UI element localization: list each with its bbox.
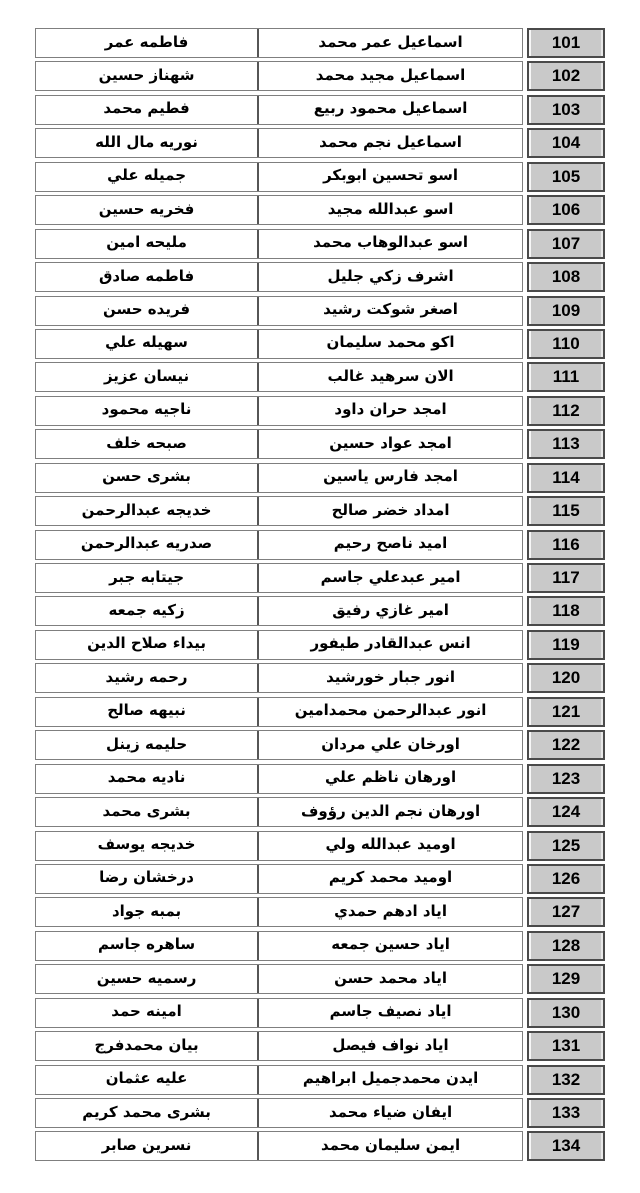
table-row: نبيهه صالح انور عبدالرحمن محمدامين 121 <box>35 697 605 727</box>
table-row: ناديه محمد اورهان ناظم علي 123 <box>35 764 605 794</box>
row-number-cell: 131 <box>527 1031 605 1061</box>
table-row: مليحه امين اسو عبدالوهاب محمد 107 <box>35 229 605 259</box>
row-number-cell: 132 <box>527 1065 605 1095</box>
full-name-cell: امجد عواد حسين <box>257 430 522 458</box>
full-name-cell: اسماعيل عمر محمد <box>257 29 522 57</box>
name-box: بيداء صلاح الدين انس عبدالقادر طيفور <box>35 630 523 660</box>
table-row: فخريه حسين اسو عبدالله مجيد 106 <box>35 195 605 225</box>
full-name-cell: اياد محمد حسن <box>257 965 522 993</box>
row-number-cell: 126 <box>527 864 605 894</box>
secondary-name-cell: نوريه مال الله <box>36 129 257 157</box>
full-name-cell: اورهان نجم الدين رؤوف <box>257 798 522 826</box>
secondary-name-cell: جميله علي <box>36 163 257 191</box>
table-row: سهيله علي اكو محمد سليمان 110 <box>35 329 605 359</box>
name-box: صدريه عبدالرحمن اميد ناصح رحيم <box>35 530 523 560</box>
row-number-cell: 101 <box>527 28 605 58</box>
row-number-cell: 112 <box>527 396 605 426</box>
full-name-cell: ايفان ضياء محمد <box>257 1099 522 1127</box>
name-box: رسميه حسين اياد محمد حسن <box>35 964 523 994</box>
row-number-cell: 102 <box>527 61 605 91</box>
secondary-name-cell: بشرى محمد <box>36 798 257 826</box>
full-name-cell: اسو عبدالله مجيد <box>257 196 522 224</box>
table-row: فاطمه عمر اسماعيل عمر محمد 101 <box>35 28 605 58</box>
table-row: رحمه رشيد انور جبار خورشيد 120 <box>35 663 605 693</box>
name-box: نبيهه صالح انور عبدالرحمن محمدامين <box>35 697 523 727</box>
document-page: فاطمه عمر اسماعيل عمر محمد 101 شهناز حسي… <box>0 0 640 1193</box>
names-table: فاطمه عمر اسماعيل عمر محمد 101 شهناز حسي… <box>35 28 605 1165</box>
full-name-cell: اسو تحسين ابوبكر <box>257 163 522 191</box>
secondary-name-cell: جيتابه جبر <box>36 564 257 592</box>
secondary-name-cell: فطيم محمد <box>36 96 257 124</box>
name-box: حليمه زينل اورخان علي مردان <box>35 730 523 760</box>
row-number-cell: 128 <box>527 931 605 961</box>
row-number-cell: 115 <box>527 496 605 526</box>
name-box: فخريه حسين اسو عبدالله مجيد <box>35 195 523 225</box>
full-name-cell: اوميد محمد كريم <box>257 865 522 893</box>
row-number-cell: 117 <box>527 563 605 593</box>
secondary-name-cell: بيان محمدفرج <box>36 1032 257 1060</box>
row-number-cell: 111 <box>527 362 605 392</box>
name-box: خديجه عبدالرحمن امداد خضر صالح <box>35 496 523 526</box>
secondary-name-cell: حليمه زينل <box>36 731 257 759</box>
full-name-cell: الان سرهيد غالب <box>257 363 522 391</box>
row-number-cell: 114 <box>527 463 605 493</box>
secondary-name-cell: فريده حسن <box>36 297 257 325</box>
row-number-cell: 119 <box>527 630 605 660</box>
full-name-cell: اورخان علي مردان <box>257 731 522 759</box>
full-name-cell: ايدن محمدجميل ابراهيم <box>257 1066 522 1094</box>
name-box: بيان محمدفرج اياد نواف فيصل <box>35 1031 523 1061</box>
name-box: بشرى محمد اورهان نجم الدين رؤوف <box>35 797 523 827</box>
row-number-cell: 105 <box>527 162 605 192</box>
row-number-cell: 106 <box>527 195 605 225</box>
row-number-cell: 129 <box>527 964 605 994</box>
name-box: ناديه محمد اورهان ناظم علي <box>35 764 523 794</box>
table-row: درخشان رضا اوميد محمد كريم 126 <box>35 864 605 894</box>
secondary-name-cell: بشرى محمد كريم <box>36 1099 257 1127</box>
row-number-cell: 113 <box>527 429 605 459</box>
full-name-cell: ايمن سليمان محمد <box>257 1132 522 1160</box>
name-box: نيسان عزيز الان سرهيد غالب <box>35 362 523 392</box>
full-name-cell: امير غازي رفيق <box>257 597 522 625</box>
name-box: ساهره جاسم اياد حسين جمعه <box>35 931 523 961</box>
name-box: سهيله علي اكو محمد سليمان <box>35 329 523 359</box>
secondary-name-cell: ناجيه محمود <box>36 397 257 425</box>
full-name-cell: اياد نصيف جاسم <box>257 999 522 1027</box>
full-name-cell: امداد خضر صالح <box>257 497 522 525</box>
secondary-name-cell: سهيله علي <box>36 330 257 358</box>
name-box: خديجه يوسف اوميد عبدالله ولي <box>35 831 523 861</box>
full-name-cell: اسماعيل مجيد محمد <box>257 62 522 90</box>
secondary-name-cell: نبيهه صالح <box>36 698 257 726</box>
table-row: ناجيه محمود امجد حران داود 112 <box>35 396 605 426</box>
table-row: صدريه عبدالرحمن اميد ناصح رحيم 116 <box>35 530 605 560</box>
row-number-cell: 124 <box>527 797 605 827</box>
row-number-cell: 133 <box>527 1098 605 1128</box>
secondary-name-cell: فخريه حسين <box>36 196 257 224</box>
full-name-cell: اكو محمد سليمان <box>257 330 522 358</box>
row-number-cell: 107 <box>527 229 605 259</box>
name-box: درخشان رضا اوميد محمد كريم <box>35 864 523 894</box>
row-number-cell: 123 <box>527 764 605 794</box>
name-box: رحمه رشيد انور جبار خورشيد <box>35 663 523 693</box>
table-row: فاطمه صادق اشرف زكي جليل 108 <box>35 262 605 292</box>
name-box: ناجيه محمود امجد حران داود <box>35 396 523 426</box>
secondary-name-cell: عليه عثمان <box>36 1066 257 1094</box>
row-number-cell: 109 <box>527 296 605 326</box>
secondary-name-cell: ساهره جاسم <box>36 932 257 960</box>
name-box: جيتابه جبر امير عبدعلي جاسم <box>35 563 523 593</box>
secondary-name-cell: رسميه حسين <box>36 965 257 993</box>
table-row: بيداء صلاح الدين انس عبدالقادر طيفور 119 <box>35 630 605 660</box>
name-box: فطيم محمد اسماعيل محمود ربيع <box>35 95 523 125</box>
table-row: فطيم محمد اسماعيل محمود ربيع 103 <box>35 95 605 125</box>
secondary-name-cell: نيسان عزيز <box>36 363 257 391</box>
secondary-name-cell: خديجه عبدالرحمن <box>36 497 257 525</box>
row-number-cell: 104 <box>527 128 605 158</box>
row-number-cell: 110 <box>527 329 605 359</box>
name-box: بشرى حسن امجد فارس ياسين <box>35 463 523 493</box>
row-number-cell: 120 <box>527 663 605 693</box>
full-name-cell: اصغر شوكت رشيد <box>257 297 522 325</box>
name-box: فاطمه صادق اشرف زكي جليل <box>35 262 523 292</box>
secondary-name-cell: فاطمه صادق <box>36 263 257 291</box>
name-box: نسرين صابر ايمن سليمان محمد <box>35 1131 523 1161</box>
full-name-cell: اسماعيل محمود ربيع <box>257 96 522 124</box>
name-box: عليه عثمان ايدن محمدجميل ابراهيم <box>35 1065 523 1095</box>
table-row: بشرى حسن امجد فارس ياسين 114 <box>35 463 605 493</box>
name-box: فاطمه عمر اسماعيل عمر محمد <box>35 28 523 58</box>
row-number-cell: 116 <box>527 530 605 560</box>
row-number-cell: 103 <box>527 95 605 125</box>
row-number-cell: 108 <box>527 262 605 292</box>
table-row: امينه حمد اياد نصيف جاسم 130 <box>35 998 605 1028</box>
table-row: بيان محمدفرج اياد نواف فيصل 131 <box>35 1031 605 1061</box>
row-number-cell: 134 <box>527 1131 605 1161</box>
secondary-name-cell: بيداء صلاح الدين <box>36 631 257 659</box>
full-name-cell: اياد حسين جمعه <box>257 932 522 960</box>
row-number-cell: 127 <box>527 897 605 927</box>
secondary-name-cell: بمبه جواد <box>36 898 257 926</box>
secondary-name-cell: رحمه رشيد <box>36 664 257 692</box>
name-box: فريده حسن اصغر شوكت رشيد <box>35 296 523 326</box>
secondary-name-cell: مليحه امين <box>36 230 257 258</box>
full-name-cell: انور عبدالرحمن محمدامين <box>257 698 522 726</box>
full-name-cell: امجد حران داود <box>257 397 522 425</box>
name-box: بشرى محمد كريم ايفان ضياء محمد <box>35 1098 523 1128</box>
table-row: رسميه حسين اياد محمد حسن 129 <box>35 964 605 994</box>
table-row: خديجه عبدالرحمن امداد خضر صالح 115 <box>35 496 605 526</box>
table-row: بشرى محمد كريم ايفان ضياء محمد 133 <box>35 1098 605 1128</box>
name-box: نوريه مال الله اسماعيل نجم محمد <box>35 128 523 158</box>
secondary-name-cell: ناديه محمد <box>36 765 257 793</box>
secondary-name-cell: نسرين صابر <box>36 1132 257 1160</box>
full-name-cell: انس عبدالقادر طيفور <box>257 631 522 659</box>
full-name-cell: انور جبار خورشيد <box>257 664 522 692</box>
full-name-cell: اسماعيل نجم محمد <box>257 129 522 157</box>
table-row: بمبه جواد اياد ادهم حمدي 127 <box>35 897 605 927</box>
table-row: خديجه يوسف اوميد عبدالله ولي 125 <box>35 831 605 861</box>
secondary-name-cell: زكيه جمعه <box>36 597 257 625</box>
secondary-name-cell: فاطمه عمر <box>36 29 257 57</box>
secondary-name-cell: امينه حمد <box>36 999 257 1027</box>
full-name-cell: اياد نواف فيصل <box>257 1032 522 1060</box>
full-name-cell: امجد فارس ياسين <box>257 464 522 492</box>
table-row: حليمه زينل اورخان علي مردان 122 <box>35 730 605 760</box>
table-row: نوريه مال الله اسماعيل نجم محمد 104 <box>35 128 605 158</box>
secondary-name-cell: شهناز حسين <box>36 62 257 90</box>
full-name-cell: امير عبدعلي جاسم <box>257 564 522 592</box>
table-row: بشرى محمد اورهان نجم الدين رؤوف 124 <box>35 797 605 827</box>
name-box: بمبه جواد اياد ادهم حمدي <box>35 897 523 927</box>
full-name-cell: اياد ادهم حمدي <box>257 898 522 926</box>
secondary-name-cell: صبحه خلف <box>36 430 257 458</box>
full-name-cell: اورهان ناظم علي <box>257 765 522 793</box>
name-box: جميله علي اسو تحسين ابوبكر <box>35 162 523 192</box>
table-row: عليه عثمان ايدن محمدجميل ابراهيم 132 <box>35 1065 605 1095</box>
name-box: شهناز حسين اسماعيل مجيد محمد <box>35 61 523 91</box>
row-number-cell: 125 <box>527 831 605 861</box>
secondary-name-cell: صدريه عبدالرحمن <box>36 531 257 559</box>
name-box: زكيه جمعه امير غازي رفيق <box>35 596 523 626</box>
table-row: جميله علي اسو تحسين ابوبكر 105 <box>35 162 605 192</box>
name-box: صبحه خلف امجد عواد حسين <box>35 429 523 459</box>
secondary-name-cell: درخشان رضا <box>36 865 257 893</box>
full-name-cell: اسو عبدالوهاب محمد <box>257 230 522 258</box>
row-number-cell: 130 <box>527 998 605 1028</box>
row-number-cell: 118 <box>527 596 605 626</box>
table-row: جيتابه جبر امير عبدعلي جاسم 117 <box>35 563 605 593</box>
row-number-cell: 122 <box>527 730 605 760</box>
table-row: صبحه خلف امجد عواد حسين 113 <box>35 429 605 459</box>
name-box: مليحه امين اسو عبدالوهاب محمد <box>35 229 523 259</box>
table-row: نسرين صابر ايمن سليمان محمد 134 <box>35 1131 605 1161</box>
name-box: امينه حمد اياد نصيف جاسم <box>35 998 523 1028</box>
secondary-name-cell: بشرى حسن <box>36 464 257 492</box>
full-name-cell: اميد ناصح رحيم <box>257 531 522 559</box>
table-row: زكيه جمعه امير غازي رفيق 118 <box>35 596 605 626</box>
table-row: نيسان عزيز الان سرهيد غالب 111 <box>35 362 605 392</box>
secondary-name-cell: خديجه يوسف <box>36 832 257 860</box>
full-name-cell: اوميد عبدالله ولي <box>257 832 522 860</box>
full-name-cell: اشرف زكي جليل <box>257 263 522 291</box>
table-row: ساهره جاسم اياد حسين جمعه 128 <box>35 931 605 961</box>
table-row: شهناز حسين اسماعيل مجيد محمد 102 <box>35 61 605 91</box>
row-number-cell: 121 <box>527 697 605 727</box>
table-row: فريده حسن اصغر شوكت رشيد 109 <box>35 296 605 326</box>
